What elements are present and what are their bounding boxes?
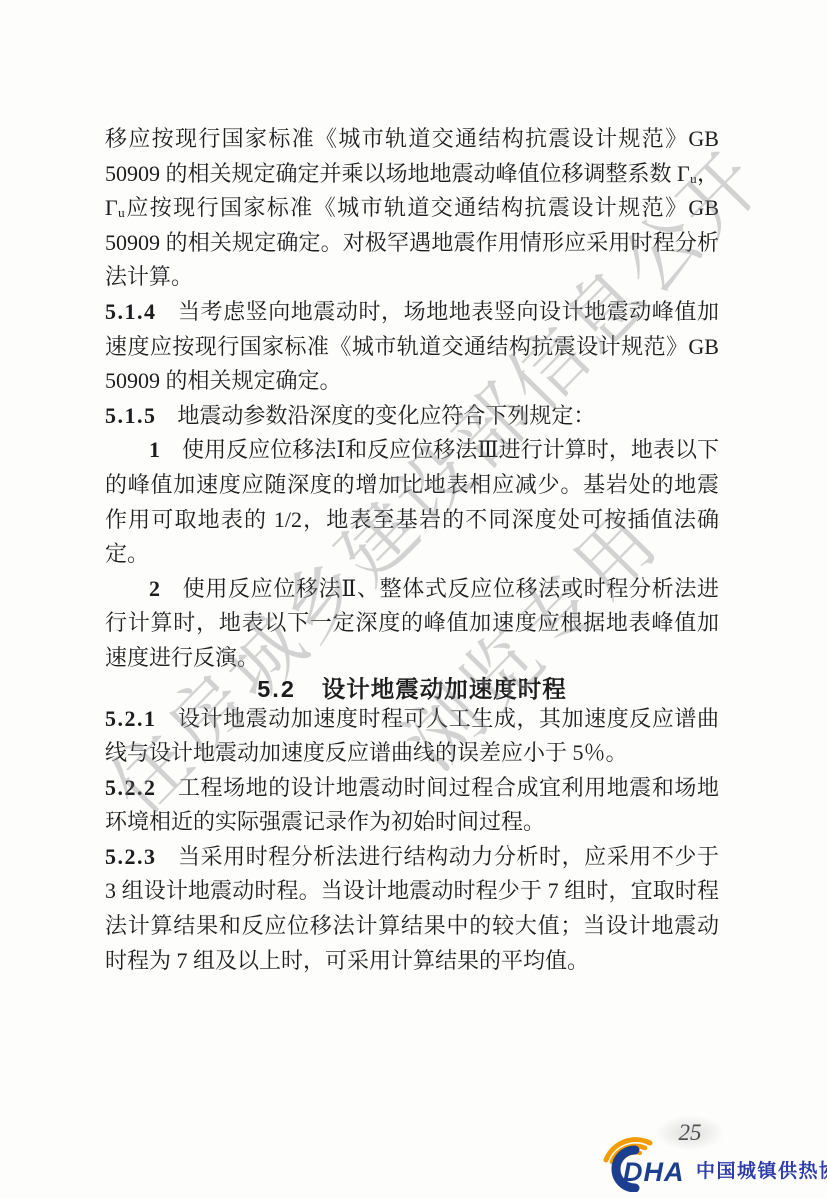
paragraph-text: 移应按现行国家标准《城市轨道交通结构抗震设计规范》GB 50909 的相关规定确… — [105, 126, 719, 289]
clause-5-1-5: 5.1.5地震动参数沿深度的变化应符合下列规定： — [105, 399, 719, 434]
clause-number: 5.2.2 — [105, 775, 157, 800]
clause-5-1-4: 5.1.4当考虑竖向地震动时，场地地表竖向设计地震动峰值加速度应按现行国家标准《… — [105, 295, 719, 399]
clause-text: 设计地震动加速度时程可人工生成，其加速度反应谱曲线与设计地震动加速度反应谱曲线的… — [105, 706, 719, 766]
association-logo: DHA 中国城镇供热协会 — [597, 1136, 827, 1192]
section-number: 5.2 — [257, 676, 296, 702]
clause-text: 地震动参数沿深度的变化应符合下列规定： — [177, 403, 595, 428]
clause-5-2-3: 5.2.3当采用时程分析法进行结构动力分析时，应采用不少于 3 组设计地震动时程… — [105, 840, 719, 978]
clause-text: 当采用时程分析法进行结构动力分析时，应采用不少于 3 组设计地震动时程。当设计地… — [105, 844, 719, 973]
item-text: 使用反应位移法Ⅰ和反应位移法Ⅲ进行计算时，地表以下的峰值加速度应随深度的增加比地… — [105, 437, 719, 566]
clause-text: 工程场地的设计地震动时间过程合成宜利用地震和场地环境相近的实际强震记录作为初始时… — [105, 775, 719, 835]
item-number: 1 — [149, 437, 160, 462]
clause-5-2-2: 5.2.2工程场地的设计地震动时间过程合成宜利用地震和场地环境相近的实际强震记录… — [105, 771, 719, 840]
clause-number: 5.1.4 — [105, 299, 157, 324]
association-name: 中国城镇供热协会 — [696, 1156, 827, 1192]
section-title: 设计地震动加速度时程 — [322, 676, 567, 702]
list-item-1: 1使用反应位移法Ⅰ和反应位移法Ⅲ进行计算时，地表以下的峰值加速度应随深度的增加比… — [105, 433, 719, 571]
document-body: 移应按现行国家标准《城市轨道交通结构抗震设计规范》GB 50909 的相关规定确… — [105, 122, 719, 978]
dha-logo-icon: DHA — [597, 1136, 689, 1192]
clause-number: 5.1.5 — [105, 403, 157, 428]
section-heading: 5.2设计地震动加速度时程 — [105, 676, 719, 702]
paragraph-continuation: 移应按现行国家标准《城市轨道交通结构抗震设计规范》GB 50909 的相关规定确… — [105, 122, 719, 295]
clause-text: 当考虑竖向地震动时，场地地表竖向设计地震动峰值加速度应按现行国家标准《城市轨道交… — [105, 299, 719, 393]
clause-5-2-1: 5.2.1设计地震动加速度时程可人工生成，其加速度反应谱曲线与设计地震动加速度反… — [105, 702, 719, 771]
clause-number: 5.2.3 — [105, 844, 157, 869]
svg-text:DHA: DHA — [623, 1157, 685, 1187]
list-item-2: 2使用反应位移法Ⅱ、整体式反应位移法或时程分析法进行计算时，地表以下一定深度的峰… — [105, 572, 719, 676]
item-text: 使用反应位移法Ⅱ、整体式反应位移法或时程分析法进行计算时，地表以下一定深度的峰值… — [105, 576, 719, 670]
clause-number: 5.2.1 — [105, 706, 157, 731]
item-number: 2 — [149, 576, 160, 601]
document-page: 住房城乡建设部信息公开 浏览专用 移应按现行国家标准《城市轨道交通结构抗震设计规… — [0, 0, 827, 1198]
